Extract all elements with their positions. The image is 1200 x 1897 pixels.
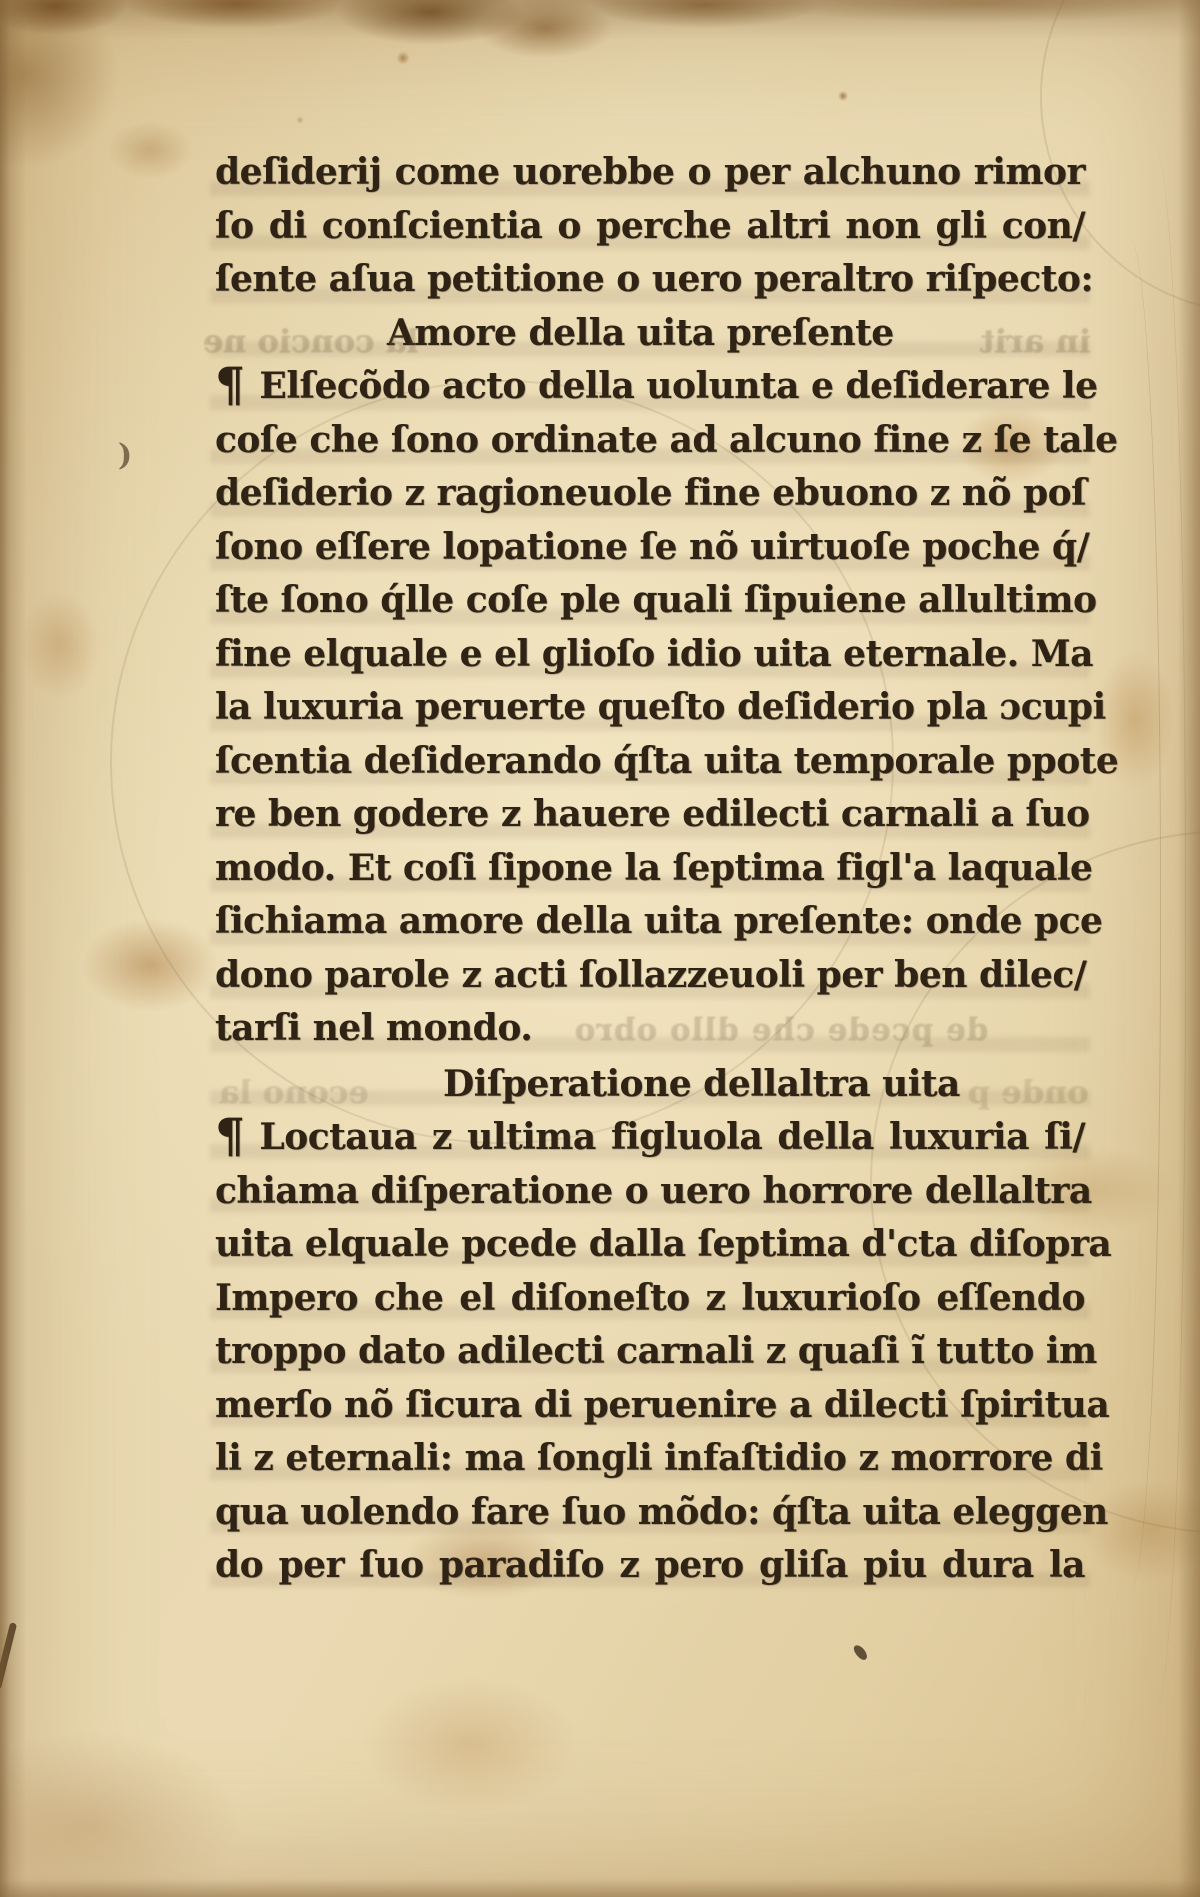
text-line: coſe che ſono ordinate ad alcuno fine z …	[215, 414, 1085, 468]
line-text: Loctaua z ultima figluola della luxuria …	[259, 1116, 1085, 1158]
text-line: ſichiama amore della uita preſente: onde…	[215, 895, 1085, 949]
heading-text: Diſperatione dellaltra uita	[443, 1063, 960, 1105]
marginal-mark: )	[118, 438, 132, 473]
text-line: chiama diſperatione o uero horrore della…	[215, 1165, 1085, 1219]
text-line: Impero che el diſoneſto z luxurioſo eſſe…	[215, 1272, 1085, 1326]
text-line: merſo nõ ſicura di peruenire a dilecti ſ…	[215, 1379, 1085, 1433]
show-through-text: la concio ne	[203, 315, 419, 369]
text-line: modo. Et coſi ſipone la ſeptima figl'a l…	[215, 842, 1085, 896]
text-line: ¶Elſecõdo acto della uolunta e deſiderar…	[215, 360, 1085, 414]
page-curvature-line	[1125, 150, 1186, 1710]
show-through-text: in arit	[980, 315, 1091, 369]
text-line: dono parole z acti ſollazzeuoli per ben …	[215, 949, 1085, 1003]
text-line: fine elquale e el glioſo idio uita etern…	[215, 628, 1085, 682]
incunabulum-page: deſiderij come uorebbe o per alchuno rim…	[0, 0, 1200, 1897]
text-line: do per ſuo paradiſo z pero gliſa piu dur…	[215, 1539, 1085, 1593]
text-line: ſo di conſcientia o perche altri non gli…	[215, 200, 1085, 254]
show-through-text: onde p	[968, 1066, 1089, 1120]
text-line: ſono eſſere lopatione ſe nõ uirtuoſe poc…	[215, 521, 1085, 575]
edge-ink-stroke	[0, 1622, 17, 1690]
show-through-text: econo la	[219, 1066, 369, 1120]
text-line: deſiderio z ragioneuole fine ebuono z nõ…	[215, 467, 1085, 521]
text-block: deſiderij come uorebbe o per alchuno rim…	[215, 146, 1085, 1593]
text-line: ſente aſua petitione o uero peraltro riſ…	[215, 253, 1085, 307]
show-through-text: de pcede che dllo obro	[574, 1004, 989, 1058]
text-line: qua uolendo fare ſuo mõdo: q́ſta uita el…	[215, 1486, 1085, 1540]
text-line: uita elquale pcede dalla ſeptima d'cta d…	[215, 1218, 1085, 1272]
text-line: la luxuria peruerte queſto deſiderio pla…	[215, 681, 1085, 735]
text-line: re ben godere z hauere edilecti carnali …	[215, 788, 1085, 842]
section-heading-disperatione: econo laDiſperatione dellaltra uitaonde …	[215, 1058, 1085, 1112]
text-line: deſiderij come uorebbe o per alchuno rim…	[215, 146, 1085, 200]
text-line: ſcentia deſiderando q́ſta uita temporale…	[215, 735, 1085, 789]
line-text: tarſi nel mondo.	[215, 1007, 532, 1049]
ink-speck	[852, 1643, 870, 1662]
text-line: tarſi nel mondo.de pcede che dllo obro	[215, 1002, 1085, 1058]
line-text: Elſecõdo acto della uolunta e deſiderare…	[259, 365, 1097, 407]
section-heading-amore: la concio neAmore della uita preſentein …	[215, 307, 1085, 361]
text-line: ¶Loctaua z ultima figluola della luxuria…	[215, 1111, 1085, 1165]
text-line: li z eternali: ma ſongli infaſtidio z mo…	[215, 1432, 1085, 1486]
text-line: ſte ſono q́lle coſe ple quali ſipuiene a…	[215, 574, 1085, 628]
heading-text: Amore della uita preſente	[387, 312, 894, 354]
text-line: troppo dato adilecti carnali z quaſi ĩ t…	[215, 1325, 1085, 1379]
